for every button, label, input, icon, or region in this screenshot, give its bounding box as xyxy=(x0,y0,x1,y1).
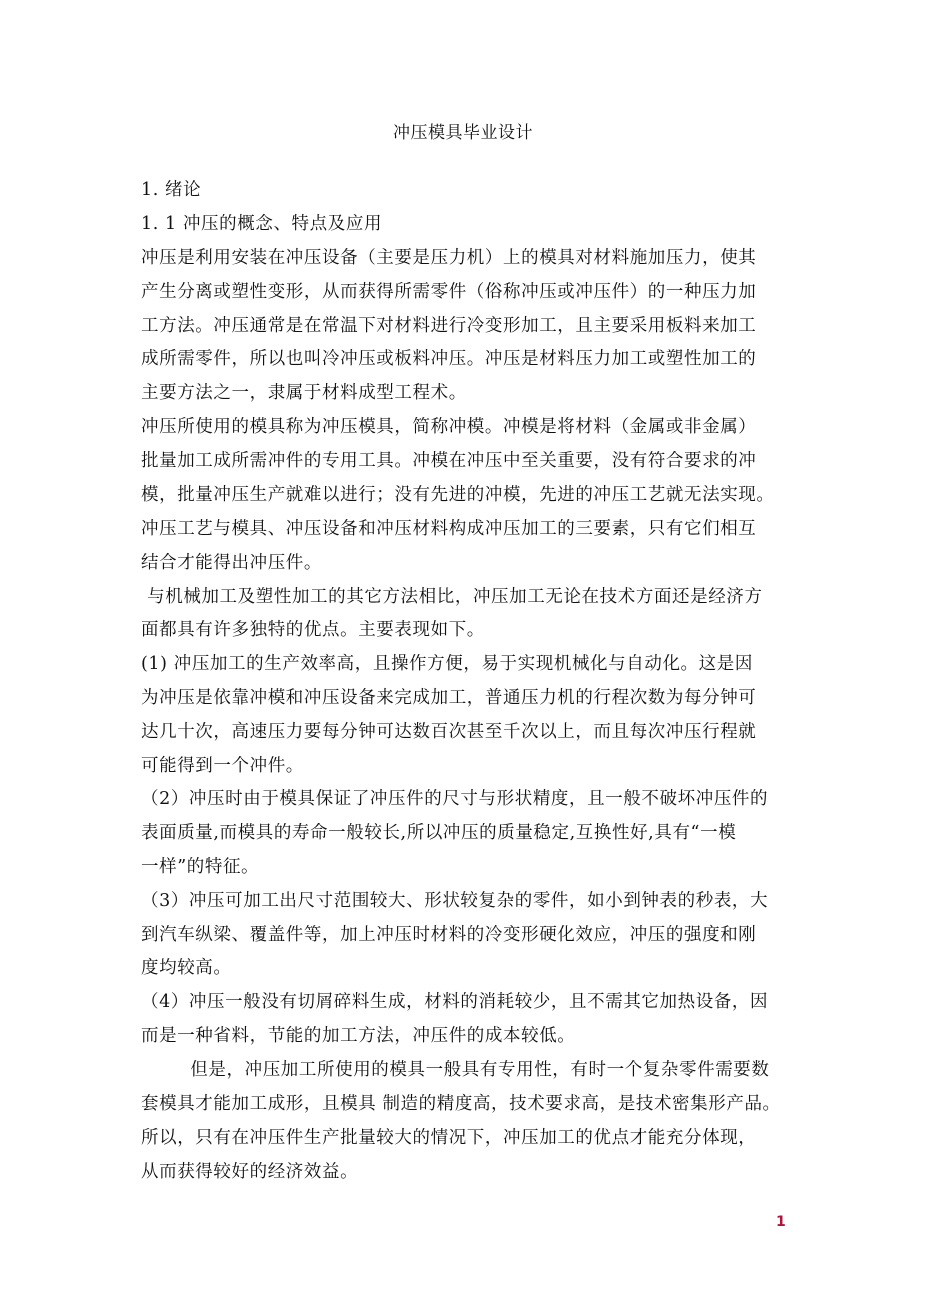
text-line: 所以，只有在冲压件生产批量较大的情况下，冲压加工的优点才能充分体现， xyxy=(141,1126,791,1150)
text-line: 结合才能得出冲压件。 xyxy=(141,551,791,575)
text-line: (1) 冲压加工的生产效率高，且操作方便，易于实现机械化与自动化。这是因 xyxy=(141,652,791,676)
text-line: 冲压所使用的模具称为冲压模具，简称冲模。冲模是将材料（金属或非金属） xyxy=(141,415,791,439)
document-title: 冲压模具毕业设计 xyxy=(0,118,926,143)
text-line: 从而获得较好的经济效益。 xyxy=(141,1160,791,1184)
text-line: （2）冲压时由于模具保证了冲压件的尺寸与形状精度，且一般不破坏冲压件的 xyxy=(141,787,791,811)
text-line: 一样”的特征。 xyxy=(141,855,791,879)
page-number: 1 xyxy=(776,1214,786,1230)
text-line: 可能得到一个冲件。 xyxy=(141,754,791,778)
text-line: 与机械加工及塑性加工的其它方法相比，冲压加工无论在技术方面还是经济方 xyxy=(141,585,791,609)
text-line: 但是，冲压加工所使用的模具一般具有专用性，有时一个复杂零件需要数 xyxy=(141,1058,791,1082)
text-line: 冲压工艺与模具、冲压设备和冲压材料构成冲压加工的三要素，只有它们相互 xyxy=(141,517,791,541)
text-line: 套模具才能加工成形，且模具 制造的精度高，技术要求高，是技术密集形产品。 xyxy=(141,1092,791,1116)
text-line: 模，批量冲压生产就难以进行；没有先进的冲模，先进的冲压工艺就无法实现。 xyxy=(141,483,791,507)
text-line: （3）冲压可加工出尺寸范围较大、形状较复杂的零件，如小到钟表的秒表，大 xyxy=(141,889,791,913)
text-line: 冲压是利用安装在冲压设备（主要是压力机）上的模具对材料施加压力，使其 xyxy=(141,246,791,270)
document-page: 冲压模具毕业设计 1. 绪论1. 1 冲压的概念、特点及应用冲压是利用安装在冲压… xyxy=(0,0,926,1310)
text-line: 1. 绪论 xyxy=(141,178,791,202)
text-line: 产生分离或塑性变形，从而获得所需零件（俗称冲压或冲压件）的一种压力加 xyxy=(141,280,791,304)
text-line: 为冲压是依靠冲模和冲压设备来完成加工，普通压力机的行程次数为每分钟可 xyxy=(141,686,791,710)
text-line: 而是一种省料，节能的加工方法，冲压件的成本较低。 xyxy=(141,1024,791,1048)
text-line: 主要方法之一，隶属于材料成型工程术。 xyxy=(141,381,791,405)
text-line: 达几十次，高速压力要每分钟可达数百次甚至千次以上，而且每次冲压行程就 xyxy=(141,720,791,744)
text-line: 面都具有许多独特的优点。主要表现如下。 xyxy=(141,618,791,642)
text-line: （4）冲压一般没有切屑碎料生成，材料的消耗较少，且不需其它加热设备，因 xyxy=(141,990,791,1014)
text-line: 度均较高。 xyxy=(141,956,791,980)
text-line: 成所需零件，所以也叫冷冲压或板料冲压。冲压是材料压力加工或塑性加工的 xyxy=(141,347,791,371)
text-line: 1. 1 冲压的概念、特点及应用 xyxy=(141,212,791,236)
text-line: 工方法。冲压通常是在常温下对材料进行冷变形加工，且主要采用板料来加工 xyxy=(141,314,791,338)
text-line: 到汽车纵梁、覆盖件等，加上冲压时材料的冷变形硬化效应，冲压的强度和刚 xyxy=(141,923,791,947)
text-line: 表面质量,而模具的寿命一般较长,所以冲压的质量稳定,互换性好,具有“一模 xyxy=(141,821,791,845)
text-line: 批量加工成所需冲件的专用工具。冲模在冲压中至关重要，没有符合要求的冲 xyxy=(141,449,791,473)
